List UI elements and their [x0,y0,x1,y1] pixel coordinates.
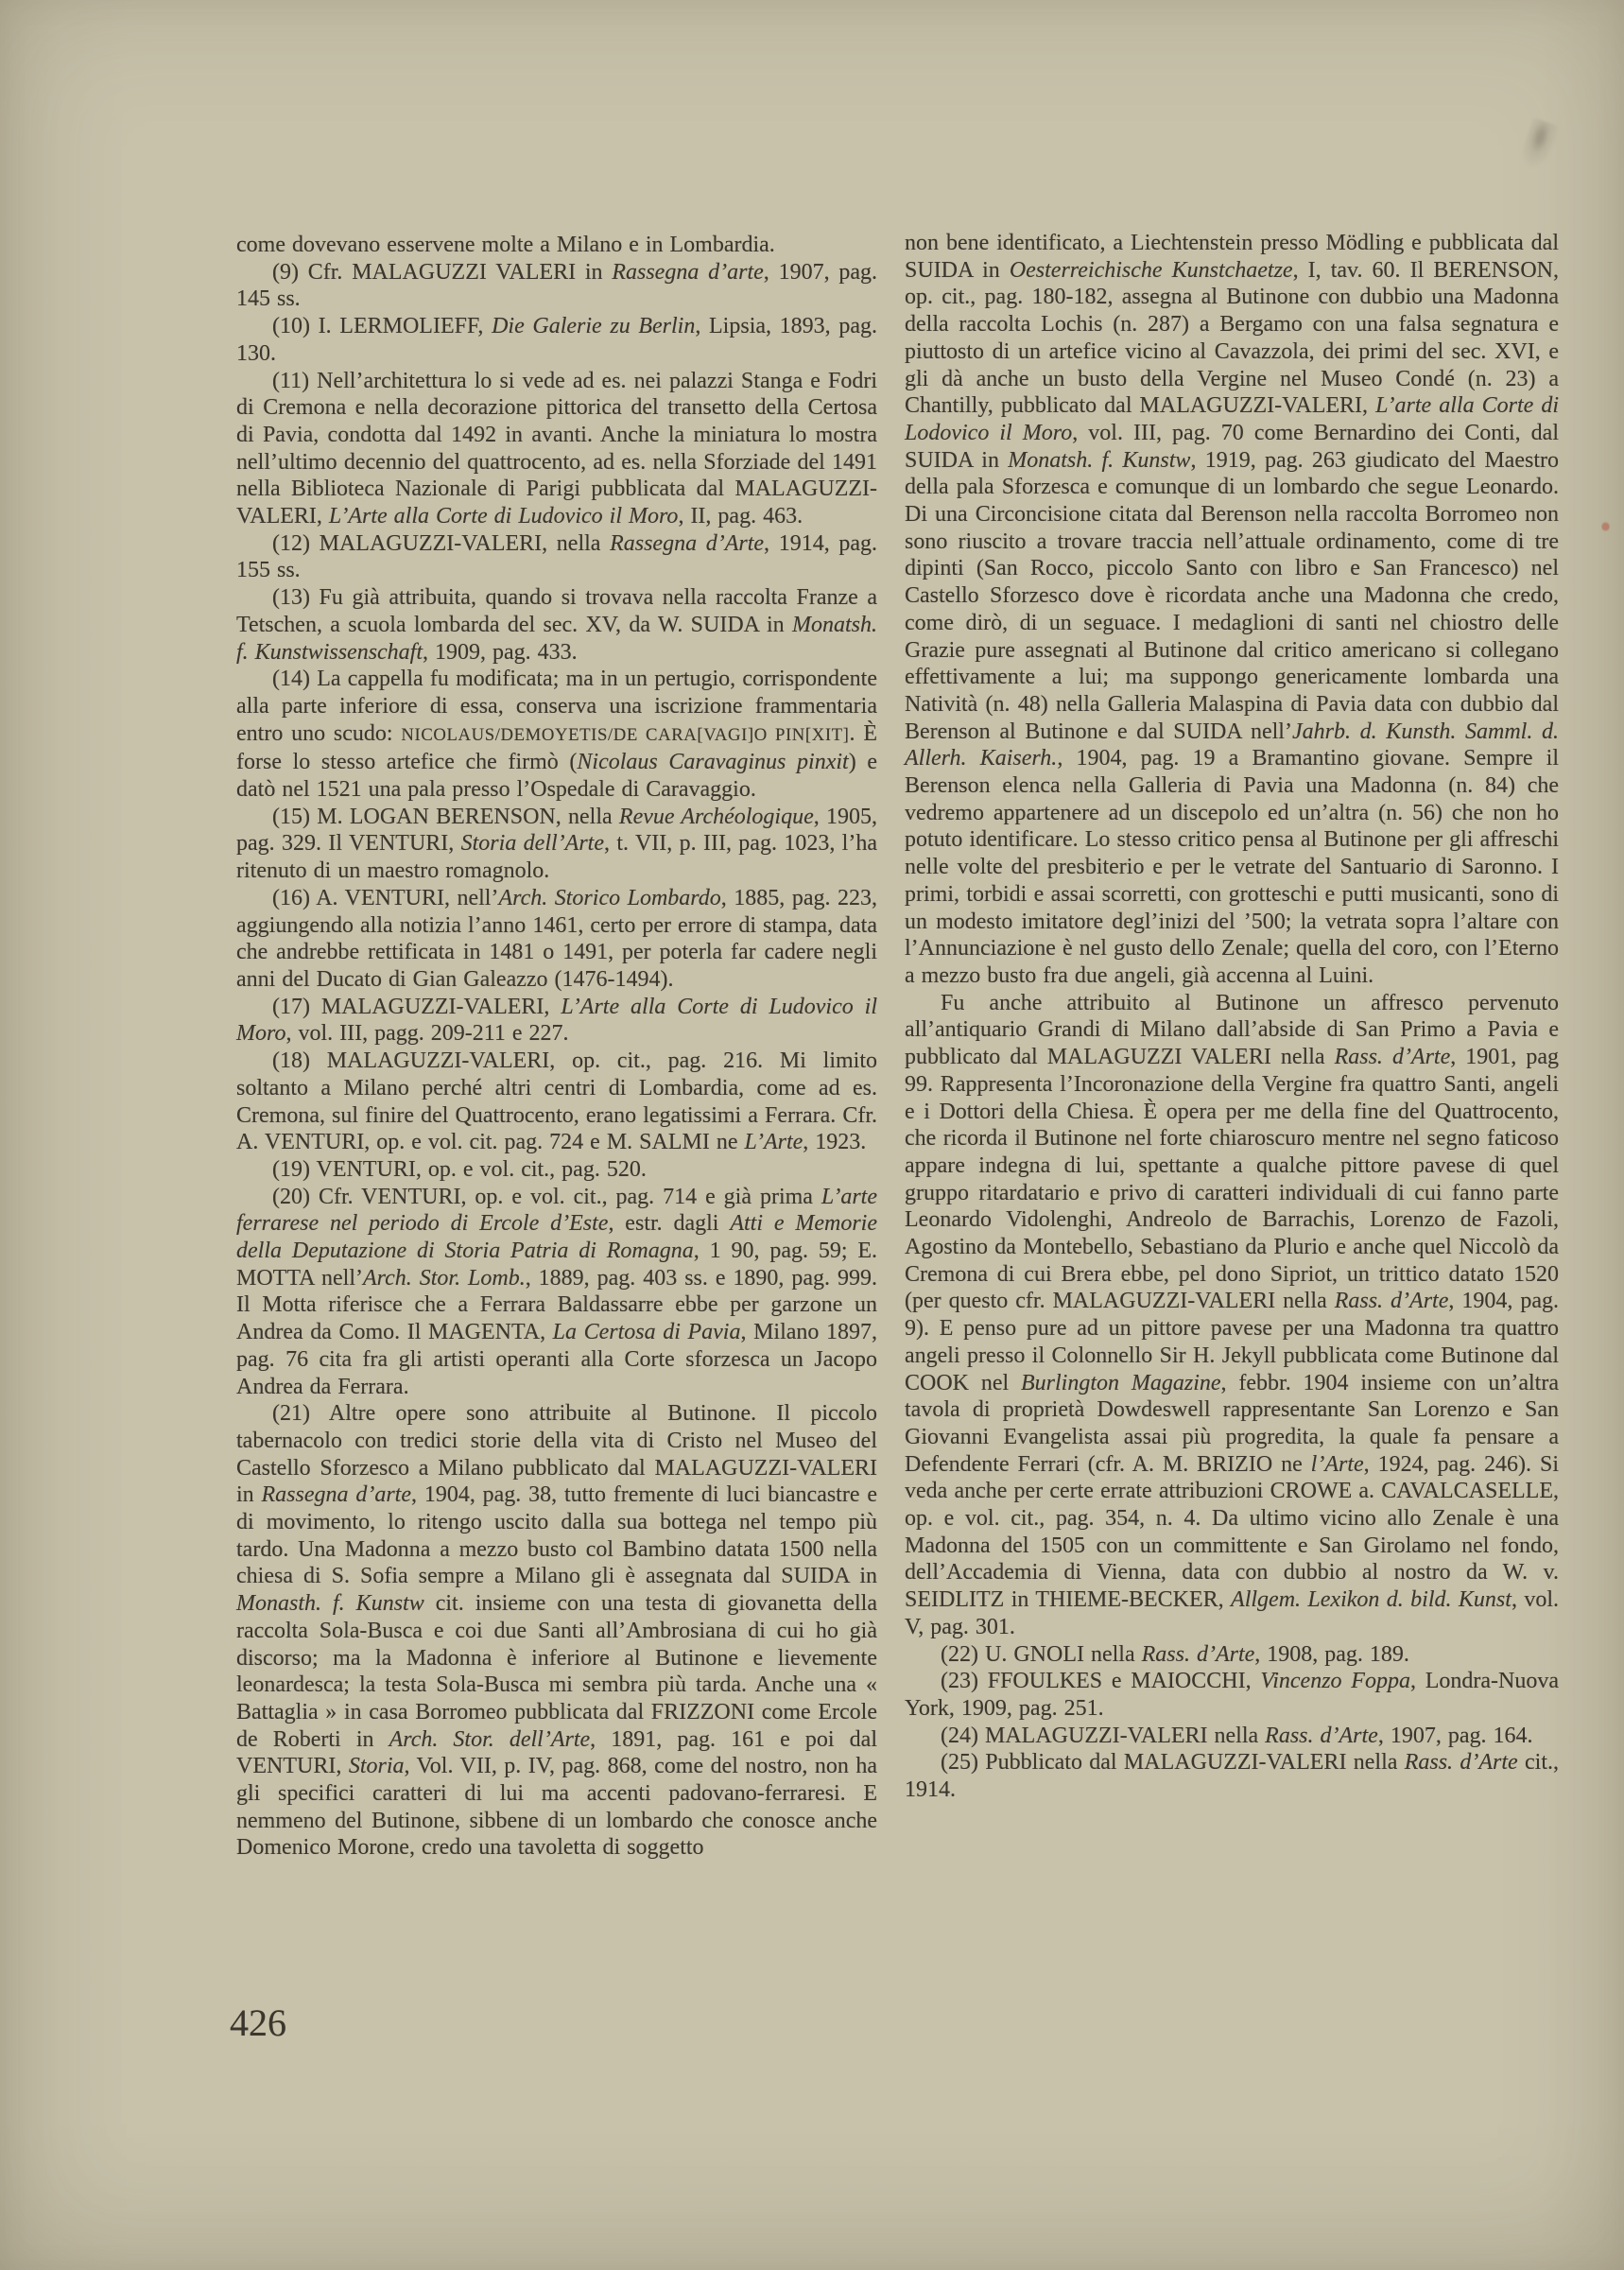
page-number: 426 [230,2001,286,2045]
paragraph: Fu anche attribuito al Butinone un affre… [905,990,1559,1641]
paper-smudge-mark [1516,117,1564,180]
paragraph: (24) MALAGUZZI-VALERI nella Rass. d’Arte… [905,1723,1559,1750]
paragraph: (16) A. VENTURI, nell’Arch. Storico Lomb… [236,885,877,994]
paragraph: (25) Pubblicato dal MALAGUZZI-VALERI nel… [905,1749,1559,1803]
paragraph: (19) VENTURI, op. e vol. cit., pag. 520. [236,1156,877,1184]
red-ink-speck [1601,521,1610,532]
paragraph: (10) I. LERMOLIEFF, Die Galerie zu Berli… [236,313,877,367]
paragraph: (15) M. LOGAN BERENSON, nella Revue Arch… [236,804,877,885]
text-column-right: non bene identificato, a Liechtenstein p… [905,230,1559,1804]
paragraph: (21) Altre opere sono attribuite al Buti… [236,1400,877,1862]
text-column-left: come dovevano esservene molte a Milano e… [236,232,877,1862]
book-page: come dovevano esservene molte a Milano e… [0,0,1624,2270]
paragraph: come dovevano esservene molte a Milano e… [236,232,877,259]
paragraph: (12) MALAGUZZI-VALERI, nella Rassegna d’… [236,530,877,584]
paragraph: (17) MALAGUZZI-VALERI, L’Arte alla Corte… [236,994,877,1048]
paragraph: (23) FFOULKES e MAIOCCHI, Vincenzo Foppa… [905,1668,1559,1722]
paragraph: (18) MALAGUZZI-VALERI, op. cit., pag. 21… [236,1048,877,1156]
paragraph: (20) Cfr. VENTURI, op. e vol. cit., pag.… [236,1184,877,1401]
paragraph: (13) Fu già attribuita, quando si trovav… [236,584,877,666]
paragraph: (14) La cappella fu modificata; ma in un… [236,666,877,804]
paragraph: non bene identificato, a Liechtenstein p… [905,230,1559,990]
paragraph: (9) Cfr. MALAGUZZI VALERI in Rassegna d’… [236,259,877,313]
paragraph: (22) U. GNOLI nella Rass. d’Arte, 1908, … [905,1641,1559,1669]
paragraph: (11) Nell’architettura lo si vede ad es.… [236,368,877,530]
